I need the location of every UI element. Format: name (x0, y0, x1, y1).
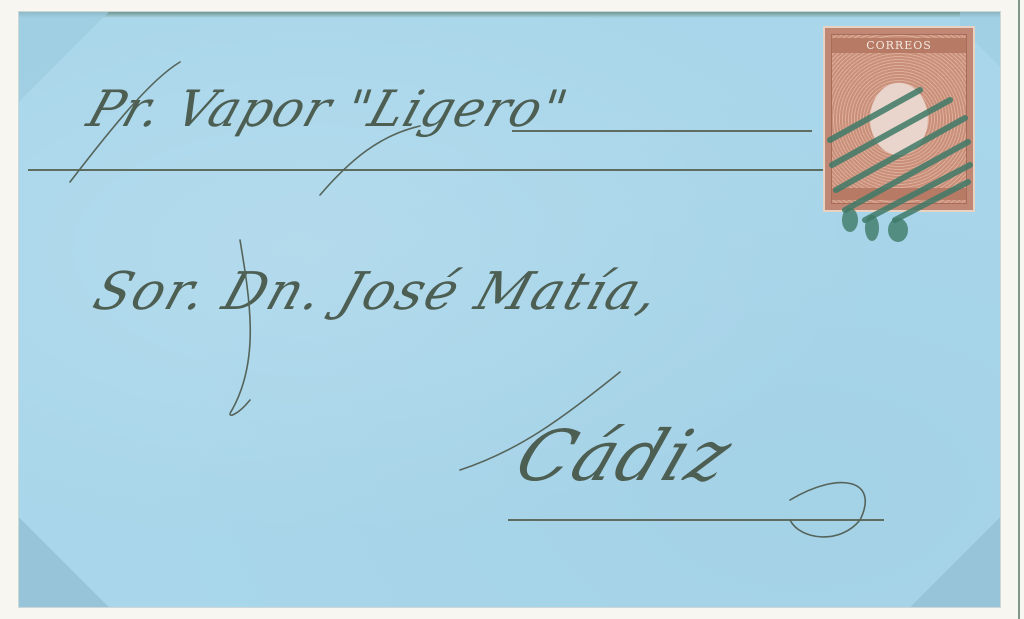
stamp-header: CORREOS (832, 38, 966, 53)
cancellation-bars-icon (810, 70, 990, 250)
